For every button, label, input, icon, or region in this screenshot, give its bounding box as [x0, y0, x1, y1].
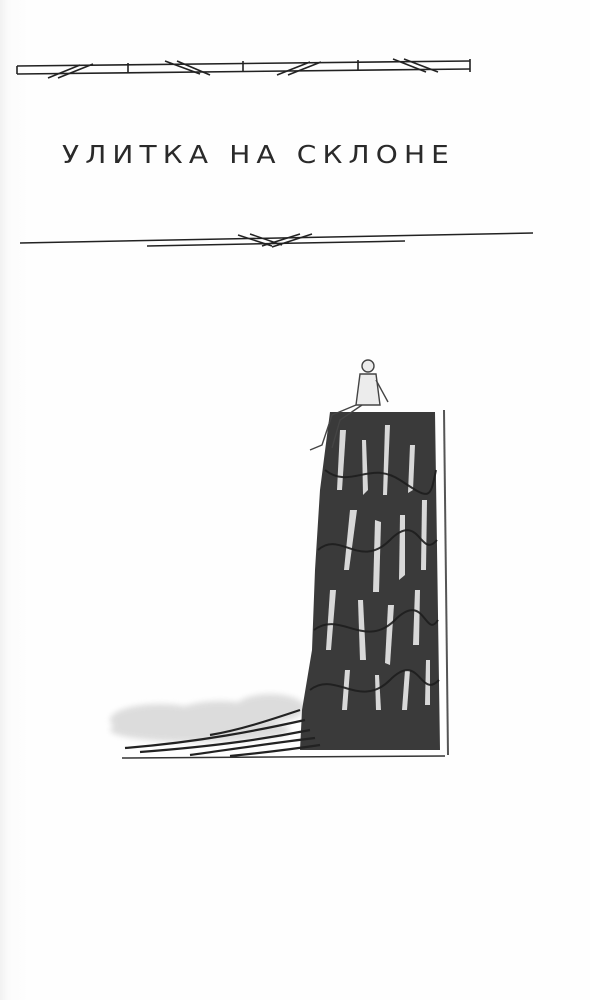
book-page: УЛИТКА НА СКЛОНЕ — [0, 0, 590, 1000]
bottom-ornament-rule — [0, 225, 590, 255]
pillar-body — [300, 412, 440, 750]
pillar-illustration — [100, 350, 460, 780]
top-ornament-rule — [0, 50, 590, 90]
book-title: УЛИТКА НА СКЛОНЕ — [62, 140, 555, 169]
